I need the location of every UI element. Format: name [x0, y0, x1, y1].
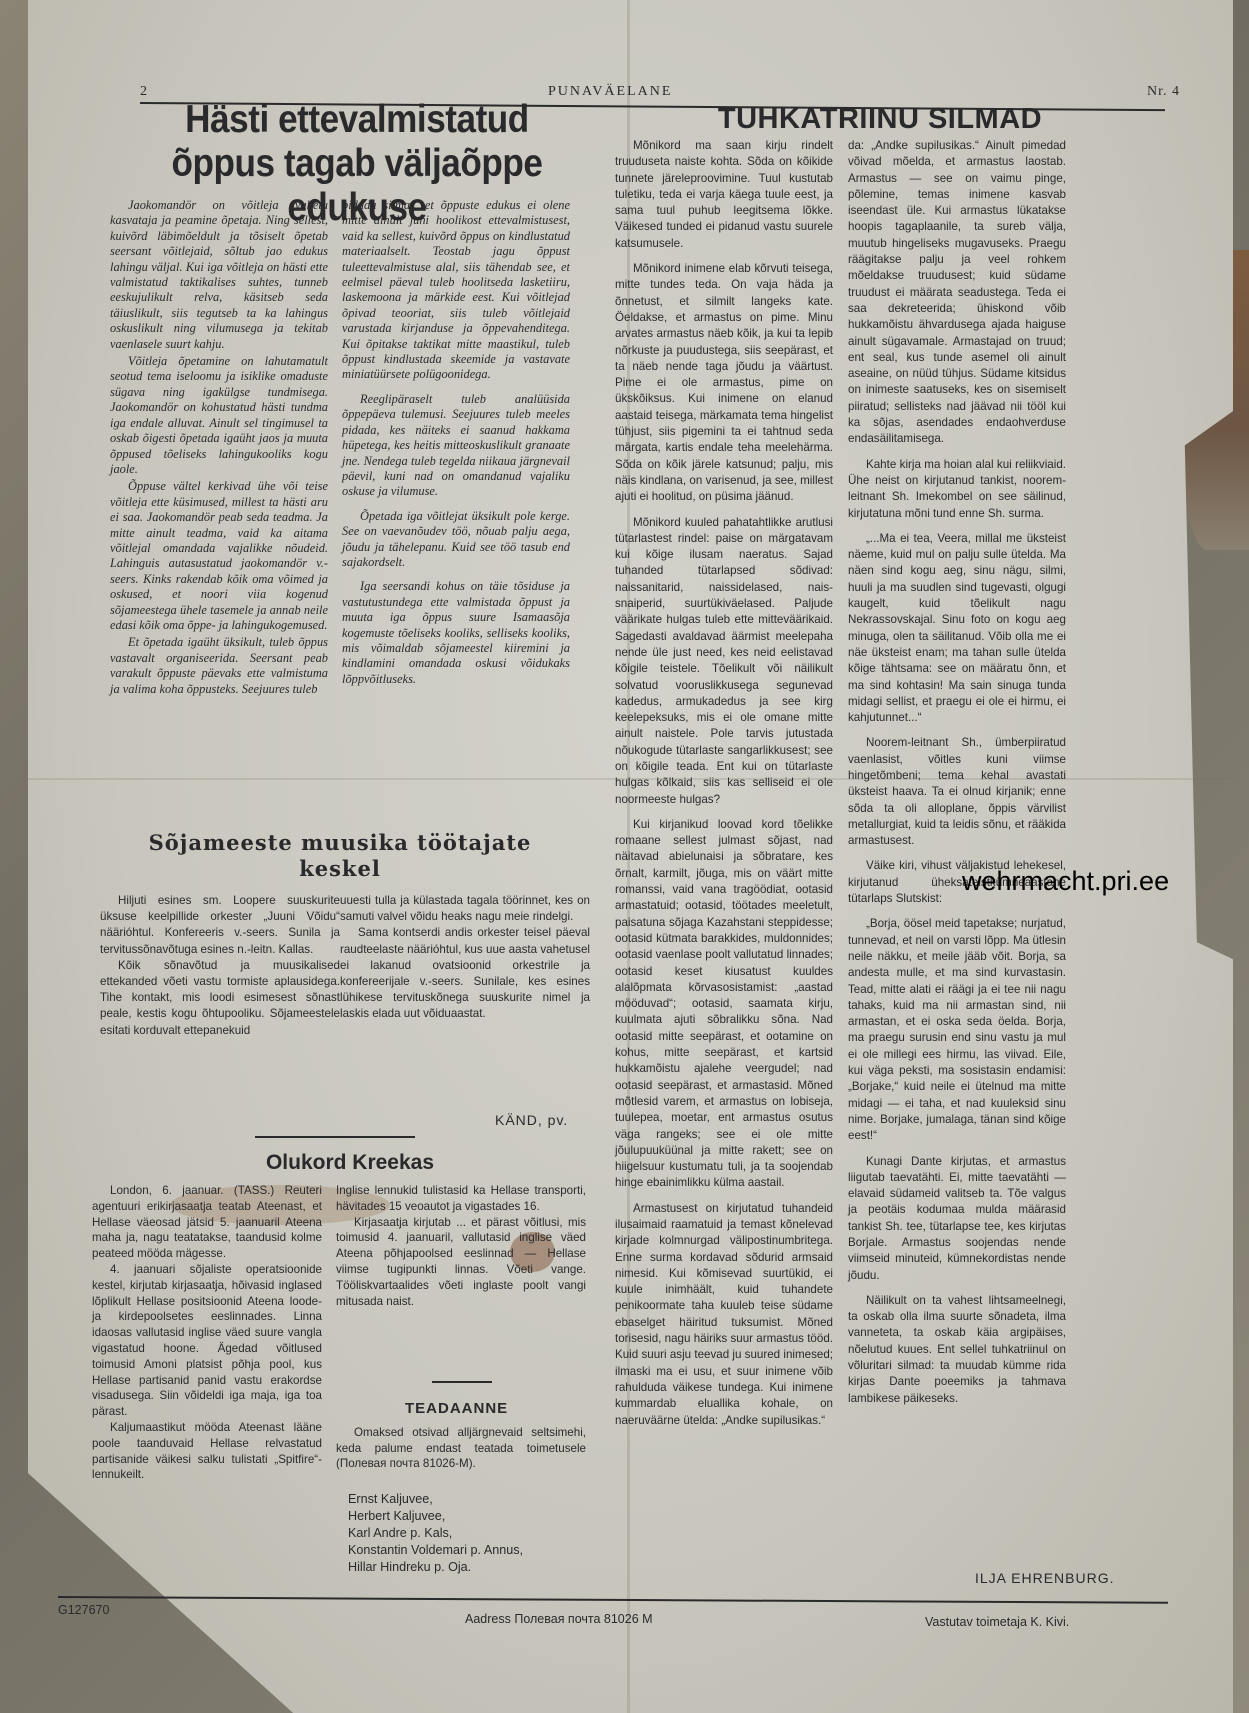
paragraph: Õppuse vältel kerkivad ühe või teise või… [110, 479, 328, 633]
training-column-2: pidada silmas, et õppuste edukus ei olen… [342, 198, 570, 687]
music-signature: KÄND, pv. [495, 1112, 568, 1128]
paragraph: 4. jaanuari sõjaliste operatsioonide kes… [92, 1262, 322, 1420]
paragraph: Võitleja õpetamine on lahutamatult seotu… [110, 354, 328, 477]
headline-greece: Olukord Kreekas [180, 1151, 520, 1175]
paragraph: Kui kirjanikud loovad kord tõelikke roma… [615, 817, 833, 1192]
notice-text: Omaksed otsivad alljärgnevaid seltsimehi… [336, 1425, 586, 1472]
paragraph: Kirjasaatja kirjutab ... et pärast võitl… [336, 1215, 586, 1310]
paragraph: Iga seersandi kohus on täie tõsiduse ja … [342, 579, 570, 687]
paragraph: Näilikult on ta vahest lihtsameelnegi, t… [848, 1293, 1066, 1407]
name-item: Hillar Hindreku p. Oja. [348, 1559, 523, 1576]
footer-code: G127670 [58, 1603, 109, 1617]
cinderella-signature: ILJA EHRENBURG. [975, 1570, 1114, 1586]
music-column-1: Hiljuti esines sm. Loopere suuskurite ük… [100, 893, 340, 1039]
paragraph: Kaljumaastikut mööda Ateenast lääne pool… [92, 1420, 322, 1483]
greece-column-2: Inglise lennukid tulistasid ka Hellase t… [336, 1183, 586, 1309]
name-item: Karl Andre p. Kals, [348, 1525, 523, 1542]
paragraph: Omaksed otsivad alljärgnevaid seltsimehi… [336, 1425, 586, 1472]
paragraph: Kunagi Dante kirjutas, et armastus liigu… [848, 1154, 1066, 1284]
paragraph: Et õpetada igaüht üksikult, tuleb õppus … [110, 635, 328, 697]
cinderella-column-1: Mõnikord ma saan kirju rindelt truuduset… [615, 138, 833, 1429]
name-item: Konstantin Voldemari p. Annus, [348, 1542, 523, 1559]
separator-rule [255, 1136, 415, 1138]
notice-title: TEADAANNE [405, 1400, 508, 1417]
paragraph: Jaokomandör on võitleja vahetu kasvataja… [110, 198, 328, 352]
greece-column-1: London, 6. jaanuar. (TASS.) Reuteri agen… [92, 1183, 322, 1483]
paragraph: uuesti tulla ja külastada tagala töörinn… [340, 893, 590, 925]
paragraph: Reeglipäraselt tuleb analüüsida õppepäev… [342, 392, 570, 500]
paragraph: „Borja, öösel meid tapetakse; nurjatud, … [848, 916, 1066, 1144]
paragraph: Hiljuti esines sm. Loopere suuskurite ük… [100, 893, 340, 958]
paragraph: „...Ma ei tea, Veera, millal me üksteist… [848, 531, 1066, 727]
paragraph: London, 6. jaanuar. (TASS.) Reuteri agen… [92, 1183, 322, 1262]
music-column-2: uuesti tulla ja külastada tagala töörinn… [340, 893, 590, 1023]
paragraph: Noorem-leitnant Sh., ümberpiiratud vaenl… [848, 735, 1066, 849]
watermark: wehrmacht.pri.ee [962, 866, 1169, 897]
paragraph: Õpetada iga võitlejat üksikult pole kerg… [342, 509, 570, 571]
newspaper-title: PUNAVÄELANE [548, 84, 672, 100]
issue-number: Nr. 4 [1147, 84, 1180, 100]
headline-cinderella: TUHKATRIINU SILMAD [680, 103, 1080, 136]
page-number: 2 [140, 84, 149, 100]
paragraph: Mõnikord ma saan kirju rindelt truuduset… [615, 138, 833, 252]
paragraph: Mõnikord inimene elab kõrvuti teisega, m… [615, 261, 833, 505]
notice-names: Ernst Kaljuvee, Herbert Kaljuvee, Karl A… [348, 1491, 523, 1576]
headline-music: Sõjameeste muusika töötajate keskel [120, 830, 560, 882]
paragraph: da: „Andke supilusikas.“ Ainult pimedad … [848, 138, 1066, 448]
cinderella-column-2: da: „Andke supilusikas.“ Ainult pimedad … [848, 138, 1066, 1407]
paragraph: Kahte kirja ma hoian alal kui reliikviai… [848, 457, 1066, 522]
separator-rule [432, 1381, 492, 1383]
paragraph: Sama kontserdi andis orkester teisel päe… [340, 925, 590, 1022]
footer-address: Aadress Полевая почта 81026 М [465, 1612, 653, 1626]
paragraph: Kõik sõnavõtud ja muusikalised ettekande… [100, 958, 340, 1039]
name-item: Ernst Kaljuvee, [348, 1491, 523, 1508]
paragraph: Inglise lennukid tulistasid ka Hellase t… [336, 1183, 586, 1215]
paragraph: Mõnikord kuuled pahatahtlikke arutlusi t… [615, 515, 833, 808]
footer-editor: Vastutav toimetaja K. Kivi. [925, 1615, 1069, 1629]
name-item: Herbert Kaljuvee, [348, 1508, 523, 1525]
paragraph: Armastusest on kirjutatud tuhandeid ilus… [615, 1201, 833, 1429]
paragraph: pidada silmas, et õppuste edukus ei olen… [342, 198, 570, 383]
training-column-1: Jaokomandör on võitleja vahetu kasvataja… [110, 198, 328, 697]
